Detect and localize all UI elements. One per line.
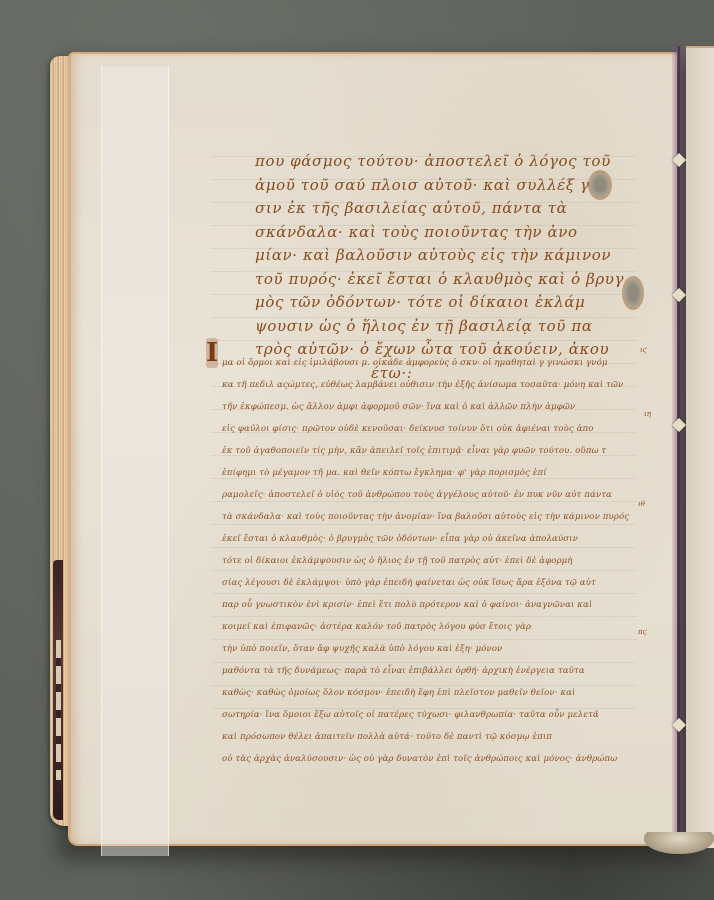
- text-line: που φάσμος τούτου· ἀποστελεῖ ὁ λόγος τοῦ: [255, 150, 625, 174]
- text-line: σκάνδαλα· καὶ τοὺς ποιοῦντας τὴν ἀνο: [255, 221, 625, 245]
- commentary-line: κοιμεῖ καὶ ἐπιφανῶς· ἀστέρα καλόν τοῦ πα…: [222, 616, 642, 638]
- commentary-line: σίας λέγουσι δὲ ἐκλάμψοι· ὑπὸ γὰρ ἐπειδὴ…: [222, 572, 642, 594]
- decorated-initial: Ι: [206, 338, 218, 368]
- margin-note: ιθ: [638, 500, 645, 508]
- text-line: τοῦ πυρός· ἐκεῖ ἔσται ὁ κλαυθμὸς καὶ ὁ β…: [255, 268, 625, 292]
- commentary-line: παρ οὗ γνωστικὸν ἐνὶ κρισίν· ἐπεὶ ἔτι πο…: [222, 594, 642, 616]
- margin-note: ιη: [644, 410, 651, 418]
- commentary-line: μα οἱ ὅρμοι καὶ εἰς ἰμιλάβουσι μ. οἰκάδε…: [222, 352, 642, 374]
- commentary-line: τὰ σκάνδαλα· καὶ τοὺς ποιοῦντας τὴν ἀνομ…: [222, 506, 642, 528]
- commentary-line: σωτηρία· ἵνα ὅμοιοι ἔξω αὐτοῖς οἱ πατέρε…: [222, 704, 642, 726]
- stain-lower: [622, 276, 644, 310]
- text-line: ψουσιν ὡς ὁ ἥλιος ἐν τῇ βασιλείᾳ τοῦ πα: [255, 315, 625, 339]
- repair-tape-strip: [101, 66, 169, 856]
- text-line: ἀμοῦ τοῦ σαύ πλοισ αὐτοῦ· καὶ συλλέξ γ: [255, 174, 625, 198]
- commentary-line: ἐπίφημι τὸ μέγαμον τῆ μα. καὶ θεῖν κόπτω…: [222, 462, 642, 484]
- commentary-line: ραμολεῖς· ἀποστελεῖ ὁ υἱὸς τοῦ ἀνθρώπου …: [222, 484, 642, 506]
- main-text-large: που φάσμος τούτου· ἀποστελεῖ ὁ λόγος τοῦ…: [255, 150, 625, 385]
- commentary-line: ἐκ τοῦ ἀγαθοποιεῖν τίς μὴν, κἂν ἀπειλεῖ …: [222, 440, 642, 462]
- text-line: μίαν· καὶ βαλοῦσιν αὐτοὺς εἰς τὴν κάμινο…: [255, 244, 625, 268]
- text-line: σιν ἐκ τῆς βασιλείας αὐτοῦ, πάντα τὰ: [255, 197, 625, 221]
- commentary-line: ἐκεῖ ἔσται ὁ κλαυθμὸς· ὁ βρυγμὸς τῶν ὀδό…: [222, 528, 642, 550]
- commentary-line: καὶ πρόσωπον θέλει ἀπαιτεῖν πολλὰ αὐτά· …: [222, 726, 642, 748]
- margin-note: πϛ: [638, 628, 647, 636]
- text-line: μὸς τῶν ὀδόντων· τότε οἱ δίκαιοι ἐκλάμ: [255, 291, 625, 315]
- commentary-line: οὐ τὰς ἀρχὰς ἀναλύσουσιν· ὡς οὐ γὰρ δυνα…: [222, 748, 642, 770]
- commentary-line: κα τῆ πεδιλ αςώμτες, εὐθέως λαμβάνει οὐθ…: [222, 374, 642, 396]
- commentary-line: εἰς φαῦλοι φίσις· πρῶτον οὐδὲ κενοῦσαι· …: [222, 418, 642, 440]
- commentary-line: καθὼς· καθὼς ὁμοίως ὅλον κόσμον· ἐπειδὴ …: [222, 682, 642, 704]
- commentary-line: μαθόντα τὰ τῆς δυνάμεως· παρὰ τὸ εἶναι ἐ…: [222, 660, 642, 682]
- facing-page-edge: [686, 46, 714, 848]
- margin-note: ιϛ: [640, 346, 647, 354]
- binding-edge: [53, 560, 63, 820]
- commentary-line: τῆν ἐκφώπεσμ. ὡς ἄλλον ἀμφι ἀφορμοῦ σῶν·…: [222, 396, 642, 418]
- commentary-line: τότε οἱ δίκαιοι ἐκλάμψουσιν ὡς ὁ ἥλιος ἐ…: [222, 550, 642, 572]
- headband: [644, 832, 714, 854]
- commentary-line: τὴν ὑπὸ ποιεῖν, ὅταν ἄφ ψυχῆς καλὰ ὑπὸ λ…: [222, 638, 642, 660]
- manuscript-codex: που φάσμος τούτου· ἀποστελεῖ ὁ λόγος τοῦ…: [0, 0, 714, 900]
- commentary-text: μα οἱ ὅρμοι καὶ εἰς ἰμιλάβουσι μ. οἰκάδε…: [222, 352, 642, 770]
